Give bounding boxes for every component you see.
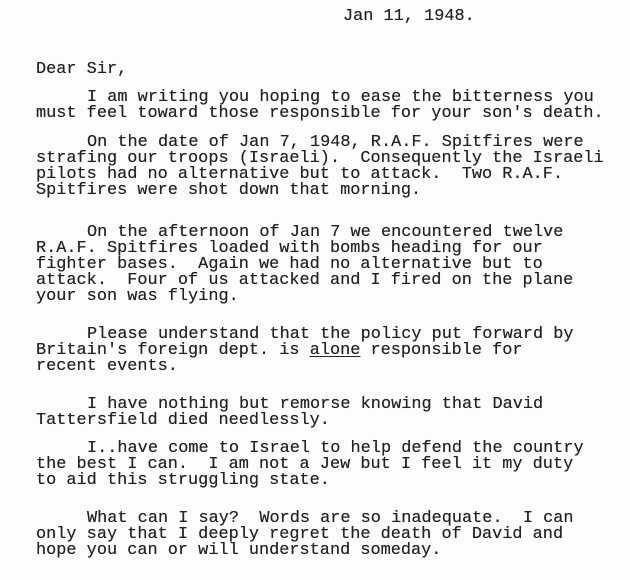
paragraph-line: to aid this struggling state. (36, 473, 584, 489)
paragraph-2: On the date of Jan 7, 1948, R.A.F. Spitf… (36, 135, 604, 199)
paragraph-3: On the afternoon of Jan 7 we encountered… (36, 225, 573, 305)
underlined-emphasis: alone (310, 341, 361, 360)
letter-page: Jan 11, 1948. Dear Sir, I am writing you… (0, 0, 630, 580)
salutation: Dear Sir, (36, 62, 127, 78)
paragraph-line: recent events. (36, 359, 574, 375)
paragraph-line: hope you can or will understand someday. (36, 543, 574, 559)
paragraph-4: Please understand that the policy put fo… (36, 327, 574, 375)
paragraph-5: I have nothing but remorse knowing that … (36, 397, 543, 429)
paragraph-6: I..have come to Israel to help defend th… (36, 441, 584, 489)
paragraph-line: your son was flying. (36, 289, 573, 305)
letter-date: Jan 11, 1948. (343, 9, 475, 25)
paragraph-line: Tattersfield died needlessly. (36, 413, 543, 429)
paragraph-line: Spitfires were shot down that morning. (36, 183, 604, 199)
paragraph-7: What can I say? Words are so inadequate.… (36, 511, 574, 559)
paragraph-1: I am writing you hoping to ease the bitt… (36, 90, 604, 122)
paragraph-line: must feel toward those responsible for y… (36, 106, 604, 122)
paragraph-line-text: responsible for (360, 341, 522, 360)
